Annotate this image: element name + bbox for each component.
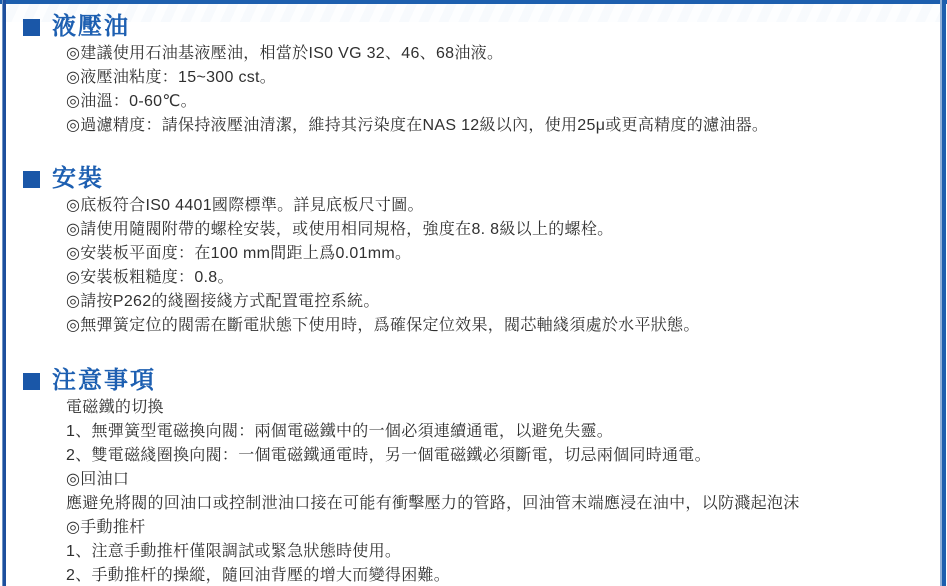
section-heading: 安裝	[23, 164, 947, 194]
text-line: ◎安裝板粗糙度：0.8。	[66, 266, 947, 290]
text-line: ◎手動推杆	[66, 516, 947, 540]
section-title: 液壓油	[52, 12, 130, 42]
section-heading: 液壓油	[23, 12, 947, 42]
text-line: ◎無彈簧定位的閥需在斷電狀態下使用時，爲確保定位效果，閥芯軸綫須處於水平狀態。	[66, 314, 947, 338]
text-line: ◎液壓油粘度：15~300 cst。	[66, 66, 947, 90]
text-line: ◎安裝板平面度：在100 mm間距上爲0.01mm。	[66, 242, 947, 266]
section-notes: 注意事項 電磁鐵的切換 1、無彈簧型電磁換向閥：兩個電磁鐵中的一個必須連續通電，…	[23, 366, 947, 586]
text-line: ◎回油口	[66, 468, 947, 492]
text-line: ◎油溫：0-60℃。	[66, 90, 947, 114]
section-title: 安裝	[52, 164, 104, 194]
section-lines: ◎建議使用石油基液壓油，相當於IS0 VG 32、46、68油液。 ◎液壓油粘度…	[66, 42, 947, 138]
text-line: 1、無彈簧型電磁換向閥：兩個電磁鐵中的一個必須連續通電，以避免失靈。	[66, 420, 947, 444]
text-line: 2、手動推杆的操縱，隨回油背壓的增大而變得困難。	[66, 564, 947, 586]
text-line: 1、注意手動推杆僅限調試或緊急狀態時使用。	[66, 540, 947, 564]
text-line: 2、雙電磁綫圈換向閥：一個電磁鐵通電時，另一個電磁鐵必須斷電，切忌兩個同時通電。	[66, 444, 947, 468]
section-bullet-square-icon	[23, 19, 40, 36]
text-line: ◎建議使用石油基液壓油，相當於IS0 VG 32、46、68油液。	[66, 42, 947, 66]
text-line: ◎過濾精度：請保持液壓油清潔，維持其污染度在NAS 12級以內，使用25μ或更高…	[66, 114, 947, 138]
text-line: 應避免將閥的回油口或控制泄油口接在可能有衝擊壓力的管路，回油管末端應浸在油中，以…	[66, 492, 947, 516]
document-content: 液壓油 ◎建議使用石油基液壓油，相當於IS0 VG 32、46、68油液。 ◎液…	[0, 0, 947, 586]
section-bullet-square-icon	[23, 373, 40, 390]
text-line: 電磁鐵的切換	[66, 396, 947, 420]
section-lines: ◎底板符合IS0 4401國際標準。詳見底板尺寸圖。 ◎請使用隨閥附帶的螺栓安裝…	[66, 194, 947, 338]
section-heading: 注意事項	[23, 366, 947, 396]
section-installation: 安裝 ◎底板符合IS0 4401國際標準。詳見底板尺寸圖。 ◎請使用隨閥附帶的螺…	[23, 164, 947, 338]
section-title: 注意事項	[52, 366, 156, 396]
section-lines: 電磁鐵的切換 1、無彈簧型電磁換向閥：兩個電磁鐵中的一個必須連續通電，以避免失靈…	[66, 396, 947, 586]
text-line: ◎請使用隨閥附帶的螺栓安裝，或使用相同規格，強度在8. 8級以上的螺栓。	[66, 218, 947, 242]
document-page: 液壓油 ◎建議使用石油基液壓油，相當於IS0 VG 32、46、68油液。 ◎液…	[0, 0, 947, 586]
text-line: ◎請按P262的綫圈接綫方式配置電控系統。	[66, 290, 947, 314]
section-hydraulic-oil: 液壓油 ◎建議使用石油基液壓油，相當於IS0 VG 32、46、68油液。 ◎液…	[23, 12, 947, 138]
text-line: ◎底板符合IS0 4401國際標準。詳見底板尺寸圖。	[66, 194, 947, 218]
section-bullet-square-icon	[23, 171, 40, 188]
